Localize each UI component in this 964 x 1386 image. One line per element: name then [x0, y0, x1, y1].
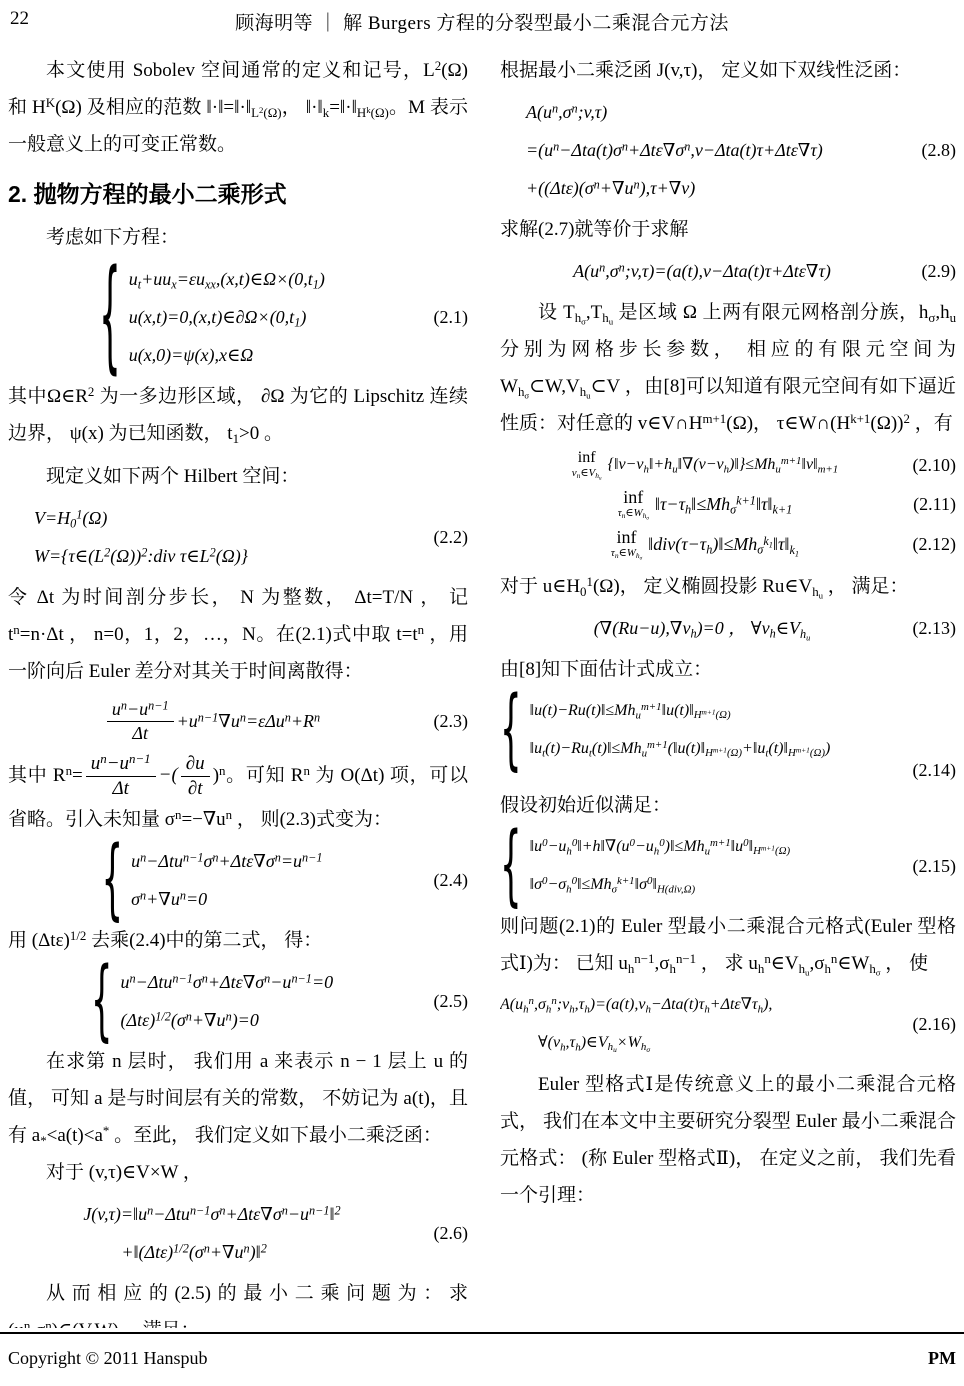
equation-2-2: V=H01(Ω) W={τ∈(L2(Ω))2:div τ∈L2(Ω)} (2.2…	[8, 503, 468, 571]
equation-2-15: ‖u0−uh0‖+h‖∇(u0−uh0)‖≤Mhum+1‖u0‖Hm+1(Ω) …	[500, 832, 956, 900]
equation-line: ‖div(τ−τh)‖≤Mhσk1‖τ‖k1	[648, 529, 799, 559]
left-column: 本文使用 Sobolev 空间通常的定义和记号，L2(Ω) 和 HK(Ω) 及相…	[8, 52, 468, 1328]
paragraph: 设 Thσ,Thu 是区域 Ω 上两有限元网格剖分族，hσ,hu 分别为网格步长…	[500, 294, 956, 442]
equation-number: (2.12)	[904, 529, 956, 559]
paragraph: 从而相应的(2.5)的最小二乘问题为：求 (un,σn)∈(V,W)， 满足：	[8, 1275, 468, 1329]
equation-2-9: A(un,σn;v,τ)=(a(t),v−Δta(t)τ+Δtε∇τ) (2.9…	[500, 256, 956, 286]
fraction: ∂u∂t	[178, 765, 213, 786]
equation-2-12: infτn∈Whσ ‖div(τ−τh)‖≤Mhσk1‖τ‖k1 (2.12)	[500, 528, 956, 560]
paragraph: 假设初始近似满足：	[500, 787, 956, 824]
fraction: un−un−1Δt	[83, 765, 159, 786]
equation-line: ∀(vh,τh)∈Vhu×Whσ	[538, 1028, 650, 1058]
equation-2-5: un−Δtun−1σn+Δtε∇σn−un−1=0 (Δtε)1/2(σn+∇u…	[8, 967, 468, 1035]
inf-operator: infτn∈Whσ	[611, 528, 642, 560]
equation-number: (2.2)	[416, 522, 468, 552]
equation-number: (2.10)	[904, 450, 956, 480]
equation-2-10: infvn∈Vhu {‖v−vh‖+hu‖∇(v−vh)‖}≤Mhum+1‖v‖…	[500, 450, 956, 480]
equation-number: (2.6)	[416, 1218, 468, 1248]
equation-2-8: A(un,σn;v,τ) =(un−Δta(t)σn+Δtε∇σn,v−Δta(…	[500, 97, 956, 203]
equation-number: (2.9)	[904, 256, 956, 286]
equation-line: ‖σ0−σh0‖≤Mhσk+1‖σ0‖H(div,Ω)	[530, 870, 695, 900]
equation-line: σn+∇un=0	[131, 884, 207, 914]
equation-line: +un−1∇un=εΔun+Rn	[177, 706, 321, 736]
equation-line: J(v,τ)=‖un−Δtun−1σn+Δtε∇σn−un−1‖2	[83, 1199, 340, 1229]
section-heading: 2. 抛物方程的最小二乘形式	[8, 179, 468, 209]
equation-2-11: infτn∈Whσ ‖τ−τh‖≤Mhσk+1‖τ‖k+1 (2.11)	[500, 488, 956, 520]
equation-line: un−Δtun−1σn+Δtε∇σn−un−1=0	[121, 967, 334, 997]
footer-copyright: Copyright © 2011 Hanspub	[8, 1348, 208, 1369]
paragraph: 令 Δt 为时间剖分步长， N 为整数， Δt=T/N ， 记 tn=n·Δt …	[8, 579, 468, 690]
paragraph: 根据最小二乘泛函 J(v,τ)， 定义如下双线性泛函：	[500, 52, 956, 89]
equation-line: V=H01(Ω)	[34, 503, 107, 533]
equation-line: ut+uux=εuxx,(x,t)∈Ω×(0,t1)	[129, 264, 325, 294]
equation-number: (2.13)	[904, 613, 956, 643]
equation-line: {‖v−vh‖+hu‖∇(v−vh)‖}≤Mhum+1‖v‖m+1	[608, 450, 839, 480]
paragraph-with-inline-math: 其中 Rn=un−un−1Δt−(∂u∂t)n。可知 Rn 为 O(Δt) 项，…	[8, 752, 468, 838]
equation-number: (2.15)	[904, 851, 956, 881]
equation-2-4: un−Δtun−1σn+Δtε∇σn=un−1 σn+∇un=0 (2.4)	[8, 846, 468, 914]
equation-number: (2.4)	[416, 865, 468, 895]
equation-line: (∇(Ru−u),∇vh)=0 ， ∀vh∈Vhu	[594, 613, 811, 643]
equation-line: =(un−Δta(t)σn+Δtε∇σn,v−Δta(t)τ+Δtε∇τ)	[526, 135, 823, 165]
equation-line: u(x,t)=0,(x,t)∈∂Ω×(0,t1)	[129, 302, 307, 332]
equation-line: ‖ut(t)−Rut(t)‖≤Mhum+1(‖u(t)‖Hm+1(Ω)+‖ut(…	[530, 734, 831, 764]
fraction: un−un−1Δt	[104, 698, 177, 744]
equation-number: (2.5)	[416, 986, 468, 1016]
right-column: 根据最小二乘泛函 J(v,τ)， 定义如下双线性泛函： A(un,σn;v,τ)…	[500, 52, 956, 1328]
equation-line: (Δtε)1/2(σn+∇un)=0	[121, 1005, 259, 1035]
paragraph: 其中Ω∈R2 为一多边形区域， ∂Ω 为它的 Lipschitz 连续边界， ψ…	[8, 378, 468, 452]
inf-operator: infvn∈Vhu	[572, 450, 602, 480]
equation-line: +((Δtε)(σn+∇un),τ+∇v)	[526, 173, 695, 203]
equation-2-6: J(v,τ)=‖un−Δtun−1σn+Δtε∇σn−un−1‖2 +‖(Δtε…	[8, 1199, 468, 1267]
footer-rule	[0, 1332, 964, 1334]
page-header: 22 顾海明等 ｜ 解 Burgers 方程的分裂型最小二乘混合元方法	[8, 8, 956, 38]
equation-line: ‖τ−τh‖≤Mhσk+1‖τ‖k+1	[655, 489, 792, 519]
two-column-body: 本文使用 Sobolev 空间通常的定义和记号，L2(Ω) 和 HK(Ω) 及相…	[8, 52, 956, 1328]
page-footer: Copyright © 2011 Hanspub PM	[8, 1348, 956, 1374]
running-title: 顾海明等 ｜ 解 Burgers 方程的分裂型最小二乘混合元方法	[8, 8, 956, 35]
equation-line: W={τ∈(L2(Ω))2:div τ∈L2(Ω)}	[34, 541, 248, 571]
paragraph: 对于 u∈H01(Ω)， 定义椭圆投影 Ru∈Vhu ， 满足：	[500, 568, 956, 605]
paragraph: 则问题(2.1)的 Euler 型最小二乘混合元格式(Euler 型格式Ⅰ)为：…	[500, 908, 956, 982]
equation-line: ‖u(t)−Ru(t)‖≤Mhum+1‖u(t)‖Hm+1(Ω)	[530, 696, 731, 726]
equation-2-3: un−un−1Δt +un−1∇un=εΔun+Rn (2.3)	[8, 698, 468, 744]
equation-line: +‖(Δtε)1/2(σn+∇un)‖2	[121, 1237, 267, 1267]
paragraph: 由[8]知下面估计式成立：	[500, 651, 956, 688]
equation-line: ‖u0−uh0‖+h‖∇(u0−uh0)‖≤Mhum+1‖u0‖Hm+1(Ω)	[530, 832, 790, 862]
text-run: −(	[159, 765, 178, 786]
equation-line: un−Δtun−1σn+Δtε∇σn=un−1	[131, 846, 322, 876]
footer-journal-mark: PM	[928, 1348, 956, 1369]
equation-number: (2.8)	[904, 135, 956, 165]
paragraph: 求解(2.7)就等价于求解	[500, 211, 956, 248]
equation-line: A(un,σn;v,τ)	[526, 97, 607, 127]
paragraph: 用 (Δtε)1/2 去乘(2.4)中的第二式， 得：	[8, 922, 468, 959]
paragraph: 本文使用 Sobolev 空间通常的定义和记号，L2(Ω) 和 HK(Ω) 及相…	[8, 52, 468, 163]
equation-line: A(uhn,σhn;vh,τh)=(a(t),vh−Δta(t)τh+Δtε∇τ…	[500, 990, 772, 1020]
paragraph: 在求第 n 层时， 我们用 a 来表示 n − 1 层上 u 的值， 可知 a …	[8, 1043, 468, 1154]
inf-operator: infτn∈Whσ	[618, 488, 649, 520]
paragraph: 考虑如下方程：	[8, 219, 468, 256]
text-run: 其中 Rn=	[8, 765, 83, 786]
equation-number: (2.16)	[904, 1009, 956, 1039]
equation-line: A(un,σn;v,τ)=(a(t),v−Δta(t)τ+Δtε∇τ)	[573, 256, 831, 286]
equation-number: (2.11)	[904, 489, 956, 519]
paper-page: 22 顾海明等 ｜ 解 Burgers 方程的分裂型最小二乘混合元方法 本文使用…	[0, 0, 964, 1386]
paragraph: Euler 型格式Ⅰ是传统意义上的最小二乘混合元格式， 我们在本文中主要研究分裂…	[500, 1066, 956, 1214]
equation-2-14: ‖u(t)−Ru(t)‖≤Mhum+1‖u(t)‖Hm+1(Ω) ‖ut(t)−…	[500, 696, 956, 764]
equation-number: (2.1)	[416, 302, 468, 332]
paragraph: 对于 (v,τ)∈V×W ，	[8, 1154, 468, 1191]
equation-line: u(x,0)=ψ(x),x∈Ω	[129, 340, 254, 370]
equation-2-16: A(uhn,σhn;vh,τh)=(a(t),vh−Δta(t)τh+Δtε∇τ…	[500, 990, 956, 1058]
equation-number: (2.3)	[416, 706, 468, 736]
paragraph: 现定义如下两个 Hilbert 空间：	[8, 458, 468, 495]
equation-2-13: (∇(Ru−u),∇vh)=0 ， ∀vh∈Vhu (2.13)	[500, 613, 956, 643]
equation-2-1: ut+uux=εuxx,(x,t)∈Ω×(0,t1) u(x,t)=0,(x,t…	[8, 264, 468, 370]
